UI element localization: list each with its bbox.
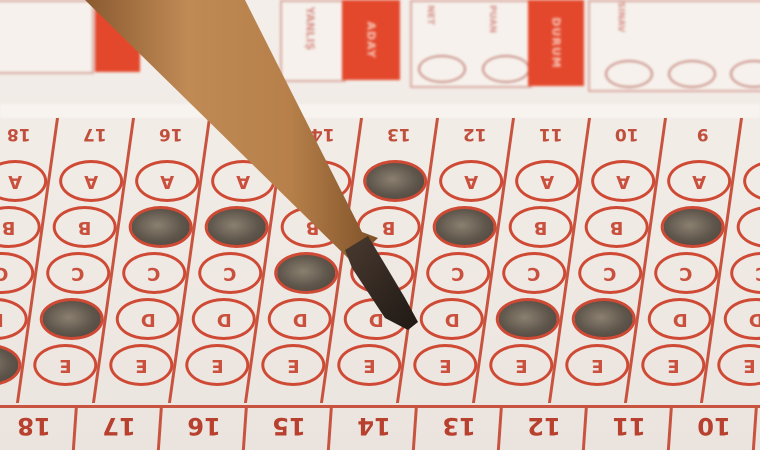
bubble-letter: B [78, 217, 92, 238]
separator [0, 104, 760, 118]
bubble-letter: E [287, 355, 299, 376]
bubble-letter: C [0, 263, 9, 284]
answer-bubble-17-C[interactable]: C [46, 252, 110, 294]
bottom-number-cell: 16 [157, 408, 248, 450]
answer-bubble-15-A[interactable]: A [211, 160, 275, 202]
question-number: 12 [437, 124, 513, 144]
bubble-letter: E [59, 355, 71, 376]
bubble-letter: D [368, 309, 383, 330]
answer-bubble-13-A[interactable]: A [363, 160, 427, 202]
bottom-number: 13 [417, 412, 502, 440]
bottom-number-cell: 12 [497, 408, 588, 450]
bubble-letter: D [140, 309, 155, 330]
header-label: PUAN [487, 5, 497, 33]
answer-bubble-17-B[interactable]: B [53, 206, 117, 248]
bubble-letter: C [452, 263, 465, 284]
answer-bubble-9-B[interactable]: B [661, 206, 725, 248]
answer-bubble-13-D[interactable]: D [344, 298, 408, 340]
answer-bubble-9-D[interactable]: D [648, 298, 712, 340]
answer-bubble-11-B[interactable]: B [509, 206, 573, 248]
answer-bubble-11-A[interactable]: A [515, 160, 579, 202]
answer-bubble-11-E[interactable]: E [489, 344, 553, 386]
bubble-letter: A [8, 171, 22, 192]
question-number: 13 [361, 124, 437, 144]
bubble-letter: E [211, 355, 223, 376]
bottom-number: 14 [332, 412, 417, 440]
answer-bubble-12-E[interactable]: E [413, 344, 477, 386]
bubble-letter: A [160, 171, 174, 192]
question-number: 17 [57, 124, 133, 144]
header-label: NET [425, 5, 435, 25]
answer-bubble-15-C[interactable]: C [198, 252, 262, 294]
bottom-number: 10 [672, 412, 757, 440]
answer-sheet-photo: YANLIŞ ADAY NET PUAN DURUM SINAV 18ABCDE… [0, 0, 760, 450]
answer-bubble-15-E[interactable]: E [185, 344, 249, 386]
question-number: 8 [741, 124, 760, 144]
answer-bubble-17-A[interactable]: A [59, 160, 123, 202]
question-number: 11 [513, 124, 589, 144]
answer-bubble-14-D[interactable]: D [268, 298, 332, 340]
answer-bubble-14-A[interactable]: A [287, 160, 351, 202]
header-red-tab: ADAY [342, 0, 400, 80]
bubble-letter: E [591, 355, 603, 376]
bubble-letter: C [756, 263, 760, 284]
bubble-letter: C [72, 263, 85, 284]
bubble-letter: E [363, 355, 375, 376]
bubble-letter: D [216, 309, 231, 330]
bottom-number: 17 [77, 412, 162, 440]
header-red-tab [95, 0, 140, 72]
answer-bubble-8-E[interactable]: E [717, 344, 760, 386]
answer-bubble-8-A[interactable]: A [743, 160, 760, 202]
answer-bubble-13-C[interactable]: C [350, 252, 414, 294]
bubble-letter: B [306, 217, 320, 238]
answer-bubble-9-C[interactable]: C [654, 252, 718, 294]
answer-bubble-18-B[interactable]: B [0, 206, 41, 248]
answer-bubble-13-E[interactable]: E [337, 344, 401, 386]
bottom-number-cell: 10 [667, 408, 758, 450]
sheet-header: YANLIŞ ADAY NET PUAN DURUM SINAV [0, 0, 760, 100]
bubble-letter: E [135, 355, 147, 376]
bottom-number-cell: 18 [0, 408, 78, 450]
bubble-letter: E [515, 355, 527, 376]
answer-bubble-10-E[interactable]: E [565, 344, 629, 386]
answer-bubble-10-C[interactable]: C [578, 252, 642, 294]
bubble-letter: A [464, 171, 478, 192]
answer-bubble-18-E[interactable]: E [0, 344, 21, 386]
question-number: 16 [133, 124, 209, 144]
question-number: 18 [0, 124, 57, 144]
bubble-letter: C [528, 263, 541, 284]
bubble-letter: B [610, 217, 624, 238]
answer-bubble-9-A[interactable]: A [667, 160, 731, 202]
bubble-letter: C [680, 263, 693, 284]
bubble-letter: B [2, 217, 16, 238]
bubble-letter: A [84, 171, 98, 192]
bubble-letter: C [224, 263, 237, 284]
answer-bubble-9-E[interactable]: E [641, 344, 705, 386]
bottom-number-cell: 14 [327, 408, 418, 450]
answer-bubble-12-C[interactable]: C [426, 252, 490, 294]
answer-bubble-11-C[interactable]: C [502, 252, 566, 294]
bubble-letter: D [292, 309, 307, 330]
header-box [0, 0, 94, 74]
answer-bubble-10-A[interactable]: A [591, 160, 655, 202]
bubble-letter: A [236, 171, 250, 192]
bottom-number-row: 1817161514131211109 [0, 405, 760, 450]
answer-bubble-14-E[interactable]: E [261, 344, 325, 386]
answer-bubble-17-D[interactable]: D [40, 298, 104, 340]
answer-bubble-14-C[interactable]: C [274, 252, 338, 294]
bubble-letter: E [743, 355, 755, 376]
bubble-letter: A [616, 171, 630, 192]
bubble-letter: A [692, 171, 706, 192]
bottom-number-cell: 11 [582, 408, 673, 450]
header-bubble [668, 60, 716, 88]
answer-bubble-12-B[interactable]: B [433, 206, 497, 248]
bubble-letter: D [748, 309, 760, 330]
answer-bubble-16-D[interactable]: D [116, 298, 180, 340]
question-number: 10 [589, 124, 665, 144]
bubble-letter: C [376, 263, 389, 284]
answer-bubble-11-D[interactable]: D [496, 298, 560, 340]
bubble-letter: B [382, 217, 396, 238]
header-bubble [605, 60, 653, 88]
answer-bubble-16-B[interactable]: B [129, 206, 193, 248]
answer-grid: 18ABCDE17ABCDE16ABCDE15ABCDE14ABCDE13ABC… [0, 118, 760, 408]
bottom-number: 12 [502, 412, 587, 440]
bubble-letter: D [672, 309, 687, 330]
answer-bubble-8-C[interactable]: C [730, 252, 760, 294]
bubble-letter: A [540, 171, 554, 192]
answer-bubble-15-D[interactable]: D [192, 298, 256, 340]
answer-bubble-10-B[interactable]: B [585, 206, 649, 248]
answer-bubble-12-D[interactable]: D [420, 298, 484, 340]
header-bubble [482, 55, 530, 83]
answer-bubble-14-B[interactable]: B [281, 206, 345, 248]
answer-bubble-15-B[interactable]: B [205, 206, 269, 248]
bubble-letter: A [312, 171, 326, 192]
bubble-letter: C [604, 263, 617, 284]
answer-bubble-16-A[interactable]: A [135, 160, 199, 202]
question-number: 9 [665, 124, 741, 144]
bottom-number-cell: 17 [72, 408, 163, 450]
bubble-letter: D [444, 309, 459, 330]
bottom-number: 16 [162, 412, 247, 440]
bubble-letter: D [0, 309, 3, 330]
answer-bubble-8-B[interactable]: B [737, 206, 760, 248]
answer-bubble-18-C[interactable]: C [0, 252, 34, 294]
answer-bubble-10-D[interactable]: D [572, 298, 636, 340]
question-number: 14 [285, 124, 361, 144]
question-number: 15 [209, 124, 285, 144]
answer-bubble-18-D[interactable]: D [0, 298, 28, 340]
bubble-letter: E [667, 355, 679, 376]
bubble-letter: E [439, 355, 451, 376]
bubble-letter: C [148, 263, 161, 284]
answer-bubble-17-E[interactable]: E [33, 344, 97, 386]
bottom-number: 11 [587, 412, 672, 440]
bottom-number-cell: 13 [412, 408, 503, 450]
bottom-number: 9 [757, 412, 760, 440]
bubble-letter: B [534, 217, 548, 238]
bottom-number: 15 [247, 412, 332, 440]
header-label: SINAV [615, 2, 625, 33]
answer-bubble-18-A[interactable]: A [0, 160, 47, 202]
bottom-number: 18 [0, 412, 77, 440]
answer-bubble-8-D[interactable]: D [724, 298, 760, 340]
header-red-tab: DURUM [528, 0, 584, 86]
header-label: YANLIŞ [303, 7, 316, 51]
answer-bubble-12-A[interactable]: A [439, 160, 503, 202]
answer-bubble-16-E[interactable]: E [109, 344, 173, 386]
answer-bubble-16-C[interactable]: C [122, 252, 186, 294]
header-bubble [418, 55, 466, 83]
answer-bubble-13-B[interactable]: B [357, 206, 421, 248]
bottom-number-cell: 15 [242, 408, 333, 450]
